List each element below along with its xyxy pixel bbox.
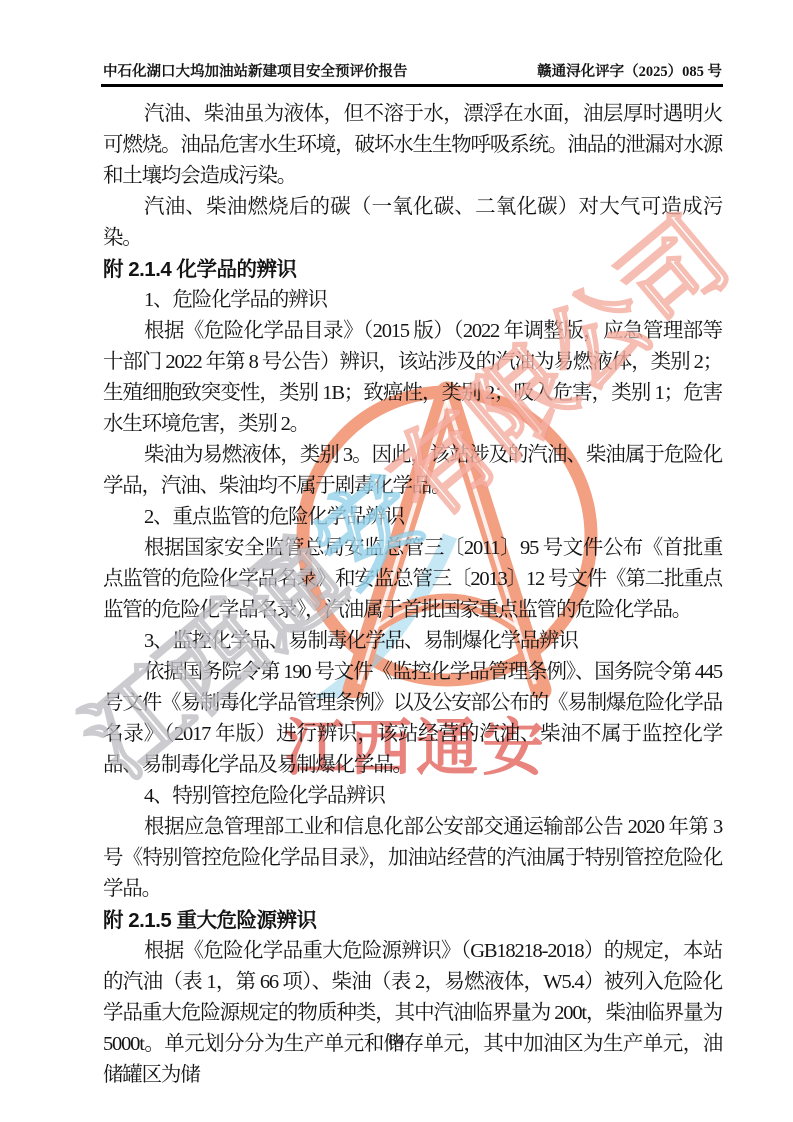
paragraph: 4、特别管控危险化学品辨识 xyxy=(103,781,722,812)
paragraph: 汽油、柴油燃烧后的碳（一氧化碳、二氧化碳）对大气可造成污染。 xyxy=(103,192,722,254)
paragraph: 根据应急管理部工业和信息化部公安部交通运输部公告 2020 年第 3 号《特别管… xyxy=(103,812,722,905)
header-doc-number: 赣通浔化评字（2025）085 号 xyxy=(537,60,722,81)
paragraph: 1、危险化学品的辨识 xyxy=(103,285,722,316)
header-rule xyxy=(101,84,723,87)
section-heading: 附 2.1.5 重大危险源辨识 xyxy=(103,905,722,936)
paragraph: 2、重点监管的危险化学品辨识 xyxy=(103,502,722,533)
page-header: 中石化湖口大坞加油站新建项目安全预评价报告 赣通浔化评字（2025）085 号 xyxy=(103,60,722,81)
document-page: 江西通安 中石化湖口大坞加油站新建项目安全预评价报告 赣通浔化评字（2025）0… xyxy=(0,0,793,1122)
paragraph: 3、监控化学品、易制毒化学品、易制爆化学品辨识 xyxy=(103,626,722,657)
header-report-title: 中石化湖口大坞加油站新建项目安全预评价报告 xyxy=(103,60,408,81)
paragraph: 根据《危险化学品目录》（2015 版）（2022 年调整版，应急管理部等十部门 … xyxy=(103,316,722,440)
paragraph: 汽油、柴油虽为液体，但不溶于水，漂浮在水面，油层厚时遇明火可燃烧。油品危害水生环… xyxy=(103,99,722,192)
document-body: 汽油、柴油虽为液体，但不溶于水，漂浮在水面，油层厚时遇明火可燃烧。油品危害水生环… xyxy=(103,99,722,1091)
paragraph: 柴油为易燃液体，类别 3。因此，该站涉及的汽油、柴油属于危险化学品，汽油、柴油均… xyxy=(103,440,722,502)
page-number: 84 xyxy=(0,1032,793,1050)
paragraph: 根据《危险化学品重大危险源辨识》（GB18218-2018）的规定，本站的汽油（… xyxy=(103,936,722,1091)
paragraph: 根据国家安全监管总局安监总管三〔2011〕95 号文件公布《首批重点监管的危险化… xyxy=(103,533,722,626)
paragraph: 依据国务院令第 190 号文件《监控化学品管理条例》、国务院令第 445 号文件… xyxy=(103,657,722,781)
section-heading: 附 2.1.4 化学品的辨识 xyxy=(103,254,722,285)
